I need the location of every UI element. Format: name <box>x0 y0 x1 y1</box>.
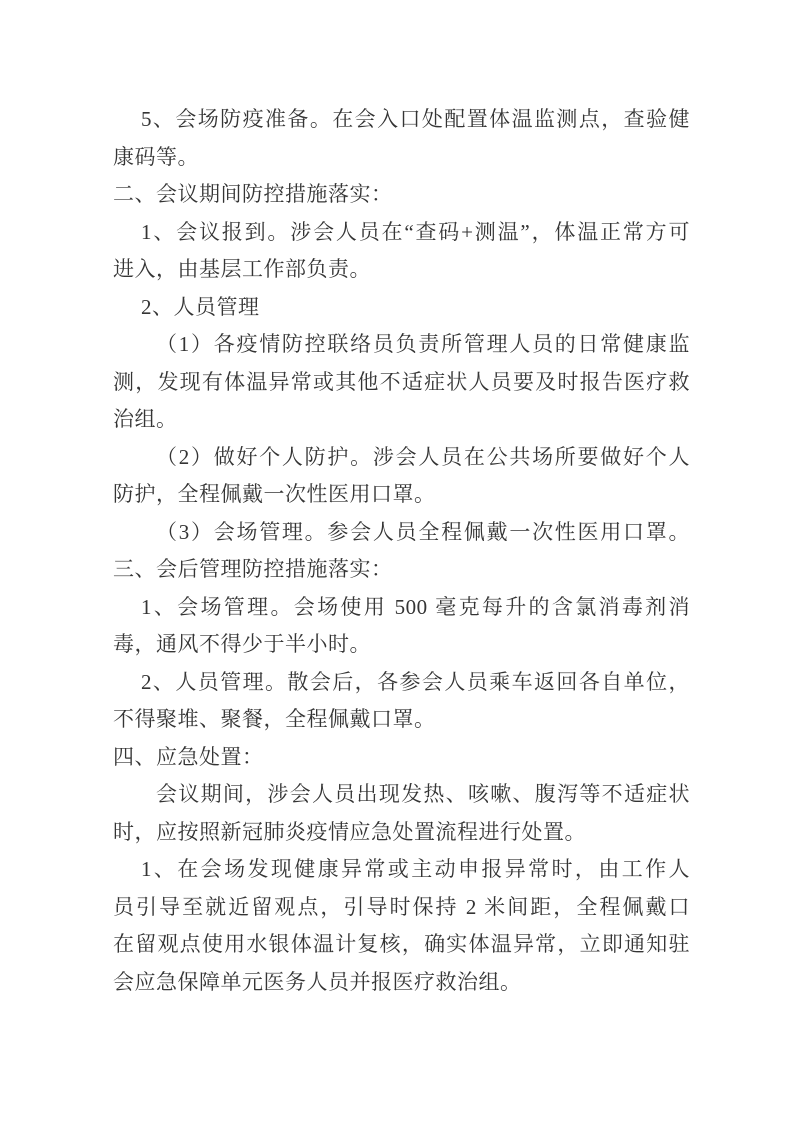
para-emergency-symptoms-procedure: 会议期间，涉会人员出现发热、咳嗽、腹泻等不适症状时，应按照新冠肺炎疫情应急处置流… <box>113 776 690 851</box>
text-line: 时，应按照新冠肺炎疫情应急处置流程进行处置。 <box>113 814 690 852</box>
heading-section4-emergency-response: 四、应急处置： <box>113 739 690 777</box>
text-line: 不得聚堆、聚餐，全程佩戴口罩。 <box>113 701 690 739</box>
text-line: 在留观点使用水银体温计复核，确实体温异常，立即通知驻 <box>113 926 690 964</box>
text-line: 1、会场管理。会场使用 500 毫克每升的含氯消毒剂消 <box>113 589 690 627</box>
text-line: 1、会议报到。涉会人员在“查码+测温”，体温正常方可 <box>113 214 690 252</box>
text-line: （3）会场管理。参会人员全程佩戴一次性医用口罩。 <box>113 514 690 552</box>
text-line: 防护，全程佩戴一次性医用口罩。 <box>113 476 690 514</box>
text-line: 5、会场防疫准备。在会入口处配置体温监测点，查验健 <box>113 101 690 139</box>
text-line: （1）各疫情防控联络员负责所管理人员的日常健康监 <box>113 326 690 364</box>
para-sub2-personal-protection: （2）做好个人防护。涉会人员在公共场所要做好个人防护，全程佩戴一次性医用口罩。 <box>113 439 690 514</box>
text-line: 2、人员管理。散会后，各参会人员乘车返回各自单位， <box>113 664 690 702</box>
para-item2-personnel-dismissal: 2、人员管理。散会后，各参会人员乘车返回各自单位，不得聚堆、聚餐，全程佩戴口罩。 <box>113 664 690 739</box>
text-line: 会议期间，涉会人员出现发热、咳嗽、腹泻等不适症状 <box>113 776 690 814</box>
text-line: 治组。 <box>113 401 690 439</box>
text-line: 二、会议期间防控措施落实： <box>113 176 690 214</box>
text-line: 员引导至就近留观点，引导时保持 2 米间距，全程佩戴口罩。 <box>113 889 690 927</box>
text-line: 测，发现有体温异常或其他不适症状人员要及时报告医疗救 <box>113 364 690 402</box>
text-line: 2、人员管理 <box>113 289 690 327</box>
text-line: 三、会后管理防控措施落实： <box>113 551 690 589</box>
heading-section2-during-meeting-measures: 二、会议期间防控措施落实： <box>113 176 690 214</box>
document-page: 5、会场防疫准备。在会入口处配置体温监测点，查验健康码等。二、会议期间防控措施落… <box>0 0 800 1132</box>
para-item2-personnel-management: 2、人员管理 <box>113 289 690 327</box>
document-content: 5、会场防疫准备。在会入口处配置体温监测点，查验健康码等。二、会议期间防控措施落… <box>113 101 690 1001</box>
para-item1-abnormal-health-handling: 1、在会场发现健康异常或主动申报异常时，由工作人员引导至就近留观点，引导时保持 … <box>113 851 690 1001</box>
text-line: 进入，由基层工作部负责。 <box>113 251 690 289</box>
para-sub1-daily-health-monitoring: （1）各疫情防控联络员负责所管理人员的日常健康监测，发现有体温异常或其他不适症状… <box>113 326 690 439</box>
para-sub3-venue-management: （3）会场管理。参会人员全程佩戴一次性医用口罩。 <box>113 514 690 552</box>
text-line: 康码等。 <box>113 139 690 177</box>
text-line: 1、在会场发现健康异常或主动申报异常时，由工作人 <box>113 851 690 889</box>
text-line: 四、应急处置： <box>113 739 690 777</box>
para-item1-meeting-checkin: 1、会议报到。涉会人员在“查码+测温”，体温正常方可进入，由基层工作部负责。 <box>113 214 690 289</box>
text-line: 会应急保障单元医务人员并报医疗救治组。 <box>113 964 690 1002</box>
heading-section3-post-meeting-measures: 三、会后管理防控措施落实： <box>113 551 690 589</box>
para-item5-venue-epidemic-preparation: 5、会场防疫准备。在会入口处配置体温监测点，查验健康码等。 <box>113 101 690 176</box>
para-item1-venue-disinfection: 1、会场管理。会场使用 500 毫克每升的含氯消毒剂消毒，通风不得少于半小时。 <box>113 589 690 664</box>
text-line: （2）做好个人防护。涉会人员在公共场所要做好个人 <box>113 439 690 477</box>
text-line: 毒，通风不得少于半小时。 <box>113 626 690 664</box>
